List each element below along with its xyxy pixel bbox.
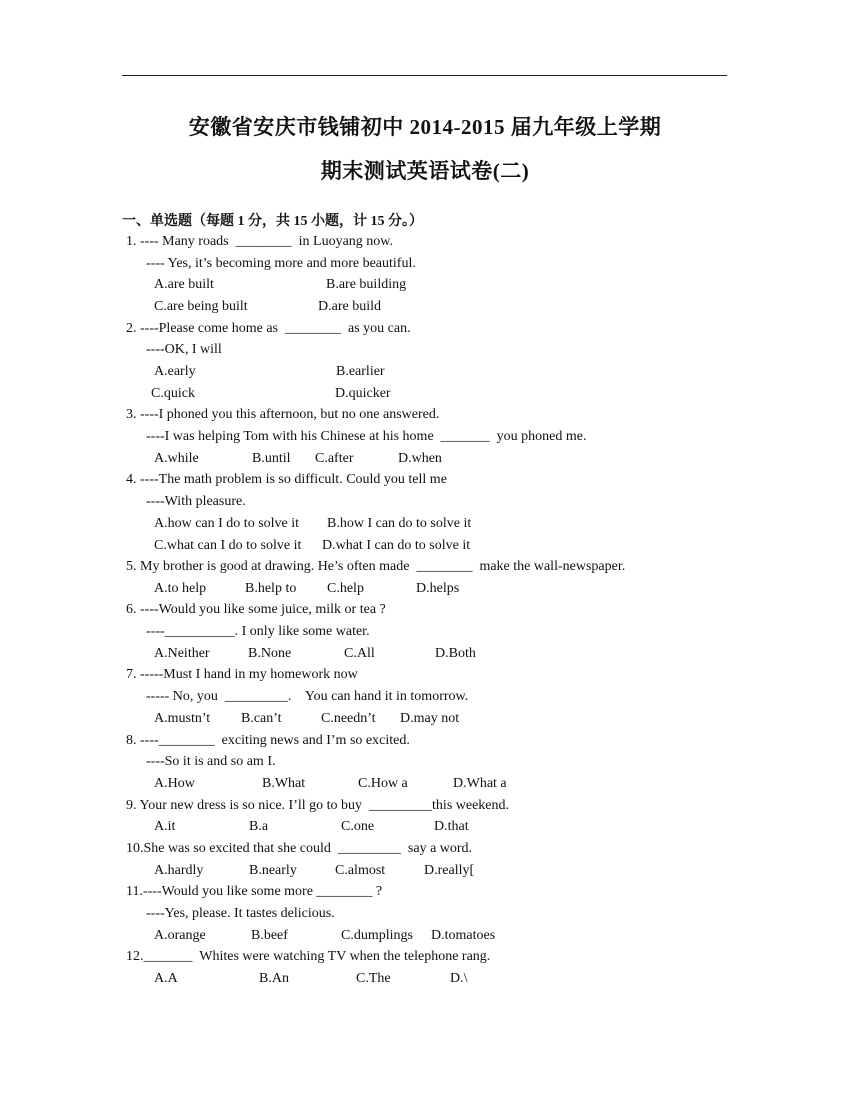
question-8-option-a: A.How <box>154 775 195 792</box>
question-7-option-d: D.may not <box>400 710 459 727</box>
question-4-option-c: C.what can I do to solve it <box>154 537 301 554</box>
question-7-option-b: B.can’t <box>241 710 282 727</box>
question-9-option-a: A.it <box>154 818 175 835</box>
question-11-option-c: C.dumplings <box>341 927 413 944</box>
question-3-prompt: 3. ----I phoned you this afternoon, but … <box>126 406 439 423</box>
question-6-reply: ----__________. I only like some water. <box>146 623 370 640</box>
question-8-option-b: B.What <box>262 775 305 792</box>
question-4-option-a: A.how can I do to solve it <box>154 515 299 532</box>
question-3-option-b: B.until <box>252 450 291 467</box>
question-6-option-d: D.Both <box>435 645 476 662</box>
question-5-prompt: 5. My brother is good at drawing. He’s o… <box>126 558 625 575</box>
question-10-option-d: D.really[ <box>424 862 474 879</box>
question-12-option-c: C.The <box>356 970 391 987</box>
question-3-reply: ----I was helping Tom with his Chinese a… <box>146 428 586 445</box>
question-4-prompt: 4. ----The math problem is so difficult.… <box>126 471 447 488</box>
question-1-option-a: A.are built <box>154 276 214 293</box>
question-9-option-b: B.a <box>249 818 268 835</box>
question-11-reply: ----Yes, please. It tastes delicious. <box>146 905 335 922</box>
question-2-option-d: D.quicker <box>335 385 391 402</box>
question-7-option-a: A.mustn’t <box>154 710 210 727</box>
question-5-option-c: C.help <box>327 580 364 597</box>
question-9-option-d: D.that <box>434 818 469 835</box>
question-5-option-d: D.helps <box>416 580 459 597</box>
question-9-prompt: 9. Your new dress is so nice. I’ll go to… <box>126 797 509 814</box>
question-10-option-c: C.almost <box>335 862 385 879</box>
question-6-option-c: C.All <box>344 645 375 662</box>
question-3-option-c: C.after <box>315 450 353 467</box>
question-12-option-b: B.An <box>259 970 289 987</box>
question-8-option-d: D.What a <box>453 775 507 792</box>
question-11-option-a: A.orange <box>154 927 206 944</box>
question-1-prompt: 1. ---- Many roads ________ in Luoyang n… <box>126 233 393 250</box>
question-6-option-a: A.Neither <box>154 645 210 662</box>
question-2-option-b: B.earlier <box>336 363 385 380</box>
question-12-option-d: D.\ <box>450 970 468 987</box>
question-5-option-a: A.to help <box>154 580 206 597</box>
question-4-option-d: D.what I can do to solve it <box>322 537 470 554</box>
question-8-prompt: 8. ----________ exciting news and I’m so… <box>126 732 410 749</box>
question-1-reply: ---- Yes, it’s becoming more and more be… <box>146 255 416 272</box>
question-3-option-d: D.when <box>398 450 442 467</box>
question-10-prompt: 10.She was so excited that she could ___… <box>126 840 472 857</box>
question-2-reply: ----OK, I will <box>146 341 222 358</box>
question-6-option-b: B.None <box>248 645 291 662</box>
question-10-option-a: A.hardly <box>154 862 203 879</box>
question-11-option-d: D.tomatoes <box>431 927 495 944</box>
page-subtitle: 期末测试英语试卷(二) <box>0 155 850 185</box>
question-2-prompt: 2. ----Please come home as ________ as y… <box>126 320 411 337</box>
question-7-option-c: C.needn’t <box>321 710 376 727</box>
question-1-option-d: D.are build <box>318 298 381 315</box>
question-12-option-a: A.A <box>154 970 178 987</box>
question-9-option-c: C.one <box>341 818 374 835</box>
question-4-reply: ----With pleasure. <box>146 493 246 510</box>
question-6-prompt: 6. ----Would you like some juice, milk o… <box>126 601 386 618</box>
question-8-option-c: C.How a <box>358 775 408 792</box>
question-2-option-c: C.quick <box>151 385 195 402</box>
question-7-prompt: 7. -----Must I hand in my homework now <box>126 666 358 683</box>
question-4-option-b: B.how I can do to solve it <box>327 515 471 532</box>
question-1-option-c: C.are being built <box>154 298 248 315</box>
question-5-option-b: B.help to <box>245 580 296 597</box>
question-3-option-a: A.while <box>154 450 199 467</box>
question-7-reply: ----- No, you _________. You can hand it… <box>146 688 468 705</box>
question-11-option-b: B.beef <box>251 927 288 944</box>
question-10-option-b: B.nearly <box>249 862 297 879</box>
page-title: 安徽省安庆市钱铺初中 2014-2015 届九年级上学期 <box>0 111 850 141</box>
header-rule <box>122 75 727 76</box>
question-11-prompt: 11.----Would you like some more ________… <box>126 883 382 900</box>
question-2-option-a: A.early <box>154 363 196 380</box>
question-8-reply: ----So it is and so am I. <box>146 753 275 770</box>
section-heading: 一、单选题（每题 1 分，共 15 小题，计 15 分。） <box>122 210 423 230</box>
question-1-option-b: B.are building <box>326 276 406 293</box>
question-12-prompt: 12._______ Whites were watching TV when … <box>126 948 490 965</box>
